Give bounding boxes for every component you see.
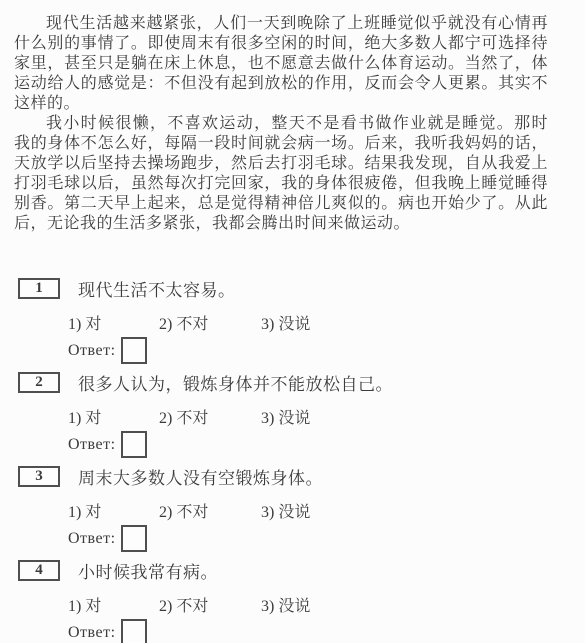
answer-label: Ответ:	[68, 436, 116, 454]
worksheet-page: 现代生活越来越紧张，人们一天到晚除了上班睡觉似乎就没有心情再做 什么别的事情了。…	[0, 0, 585, 643]
option-true: 1) 对	[68, 315, 155, 335]
answer-label: Ответ:	[68, 624, 116, 642]
passage-line: 现代生活越来越紧张，人们一天到晚除了上班睡觉似乎就没有心情再做	[14, 14, 548, 34]
answer-label: Ответ:	[68, 530, 116, 548]
question-number-box: 4	[18, 560, 60, 581]
answer-box[interactable]	[121, 619, 147, 643]
option-not-stated: 3) 没说	[261, 597, 310, 617]
answer-row: Ответ:	[68, 619, 575, 643]
answer-row: Ответ:	[68, 337, 575, 364]
option-false: 2) 不对	[159, 597, 257, 617]
question-number-box: 1	[18, 278, 60, 299]
question-statement: 周末大多数人没有空锻炼身体。	[78, 464, 323, 489]
passage-paragraph-2: 我小时候很懒，不喜欢运动，整天不是看书做作业就是睡觉。那时候， 我的身体不怎么好…	[14, 114, 548, 234]
passage-line: 打羽毛球以后，虽然每次打完回家，我的身体很疲倦，但我晚上睡觉睡得特	[14, 174, 548, 194]
answer-label: Ответ:	[68, 342, 116, 360]
question-number-box: 3	[18, 466, 60, 487]
question-block-3: 3 周末大多数人没有空锻炼身体。 1) 对 2) 不对 3) 没说 Ответ:	[10, 466, 575, 552]
question-number: 1	[35, 280, 43, 297]
answer-row: Ответ:	[68, 525, 575, 552]
question-statement: 很多人认为，锻炼身体并不能放松自己。	[78, 370, 393, 395]
passage-line: 别香。第二天早上起来，总是觉得精神倍儿爽似的。病也开始少了。从此以	[14, 194, 548, 214]
question-header: 3 周末大多数人没有空锻炼身体。	[10, 466, 575, 487]
questions-section: 1 现代生活不太容易。 1) 对 2) 不对 3) 没说 Ответ: 2 很多…	[10, 278, 575, 643]
passage-line: 家里，甚至只是躺在床上休息，也不愿意去做什么体育运动。当然了，体育	[14, 54, 548, 74]
question-statement: 小时候我常有病。	[78, 558, 218, 583]
passage-line: 我的身体不怎么好，每隔一段时间就会病一场。后来，我听我妈妈的话，每	[14, 134, 548, 154]
question-header: 1 现代生活不太容易。	[10, 278, 575, 299]
passage-line: 什么别的事情了。即使周末有很多空闲的时间，绝大多数人都宁可选择待在	[14, 34, 548, 54]
option-not-stated: 3) 没说	[261, 315, 310, 335]
question-block-2: 2 很多人认为，锻炼身体并不能放松自己。 1) 对 2) 不对 3) 没说 От…	[10, 372, 575, 458]
option-not-stated: 3) 没说	[261, 503, 310, 523]
option-false: 2) 不对	[159, 409, 257, 429]
answer-box[interactable]	[121, 431, 147, 458]
answer-box[interactable]	[121, 525, 147, 552]
options-row: 1) 对 2) 不对 3) 没说	[68, 597, 575, 617]
options-row: 1) 对 2) 不对 3) 没说	[68, 315, 575, 335]
question-number: 4	[35, 562, 43, 579]
option-false: 2) 不对	[159, 503, 257, 523]
question-block-4: 4 小时候我常有病。 1) 对 2) 不对 3) 没说 Ответ:	[10, 560, 575, 643]
passage-line: 后，无论我的生活多紧张，我都会腾出时间来做运动。	[14, 214, 548, 234]
question-header: 2 很多人认为，锻炼身体并不能放松自己。	[10, 372, 575, 393]
passage-paragraph-1: 现代生活越来越紧张，人们一天到晚除了上班睡觉似乎就没有心情再做 什么别的事情了。…	[14, 14, 548, 114]
question-header: 4 小时候我常有病。	[10, 560, 575, 581]
question-block-1: 1 现代生活不太容易。 1) 对 2) 不对 3) 没说 Ответ:	[10, 278, 575, 364]
option-not-stated: 3) 没说	[261, 409, 310, 429]
question-number: 3	[35, 468, 43, 485]
question-number-box: 2	[18, 372, 60, 393]
passage-line: 这样的。	[14, 94, 548, 114]
passage-line: 天放学以后坚持去操场跑步，然后去打羽毛球。结果我发现，自从我爱上了	[14, 154, 548, 174]
passage-line: 运动给人的感觉是：不但没有起到放松的作用，反而会令人更累。其实不是	[14, 74, 548, 94]
reading-passage: 现代生活越来越紧张，人们一天到晚除了上班睡觉似乎就没有心情再做 什么别的事情了。…	[14, 14, 548, 234]
option-false: 2) 不对	[159, 315, 257, 335]
answer-row: Ответ:	[68, 431, 575, 458]
passage-line: 我小时候很懒，不喜欢运动，整天不是看书做作业就是睡觉。那时候，	[14, 114, 548, 134]
option-true: 1) 对	[68, 597, 155, 617]
option-true: 1) 对	[68, 409, 155, 429]
question-statement: 现代生活不太容易。	[78, 276, 236, 301]
option-true: 1) 对	[68, 503, 155, 523]
question-number: 2	[35, 374, 43, 391]
answer-box[interactable]	[121, 337, 147, 364]
options-row: 1) 对 2) 不对 3) 没说	[68, 503, 575, 523]
options-row: 1) 对 2) 不对 3) 没说	[68, 409, 575, 429]
